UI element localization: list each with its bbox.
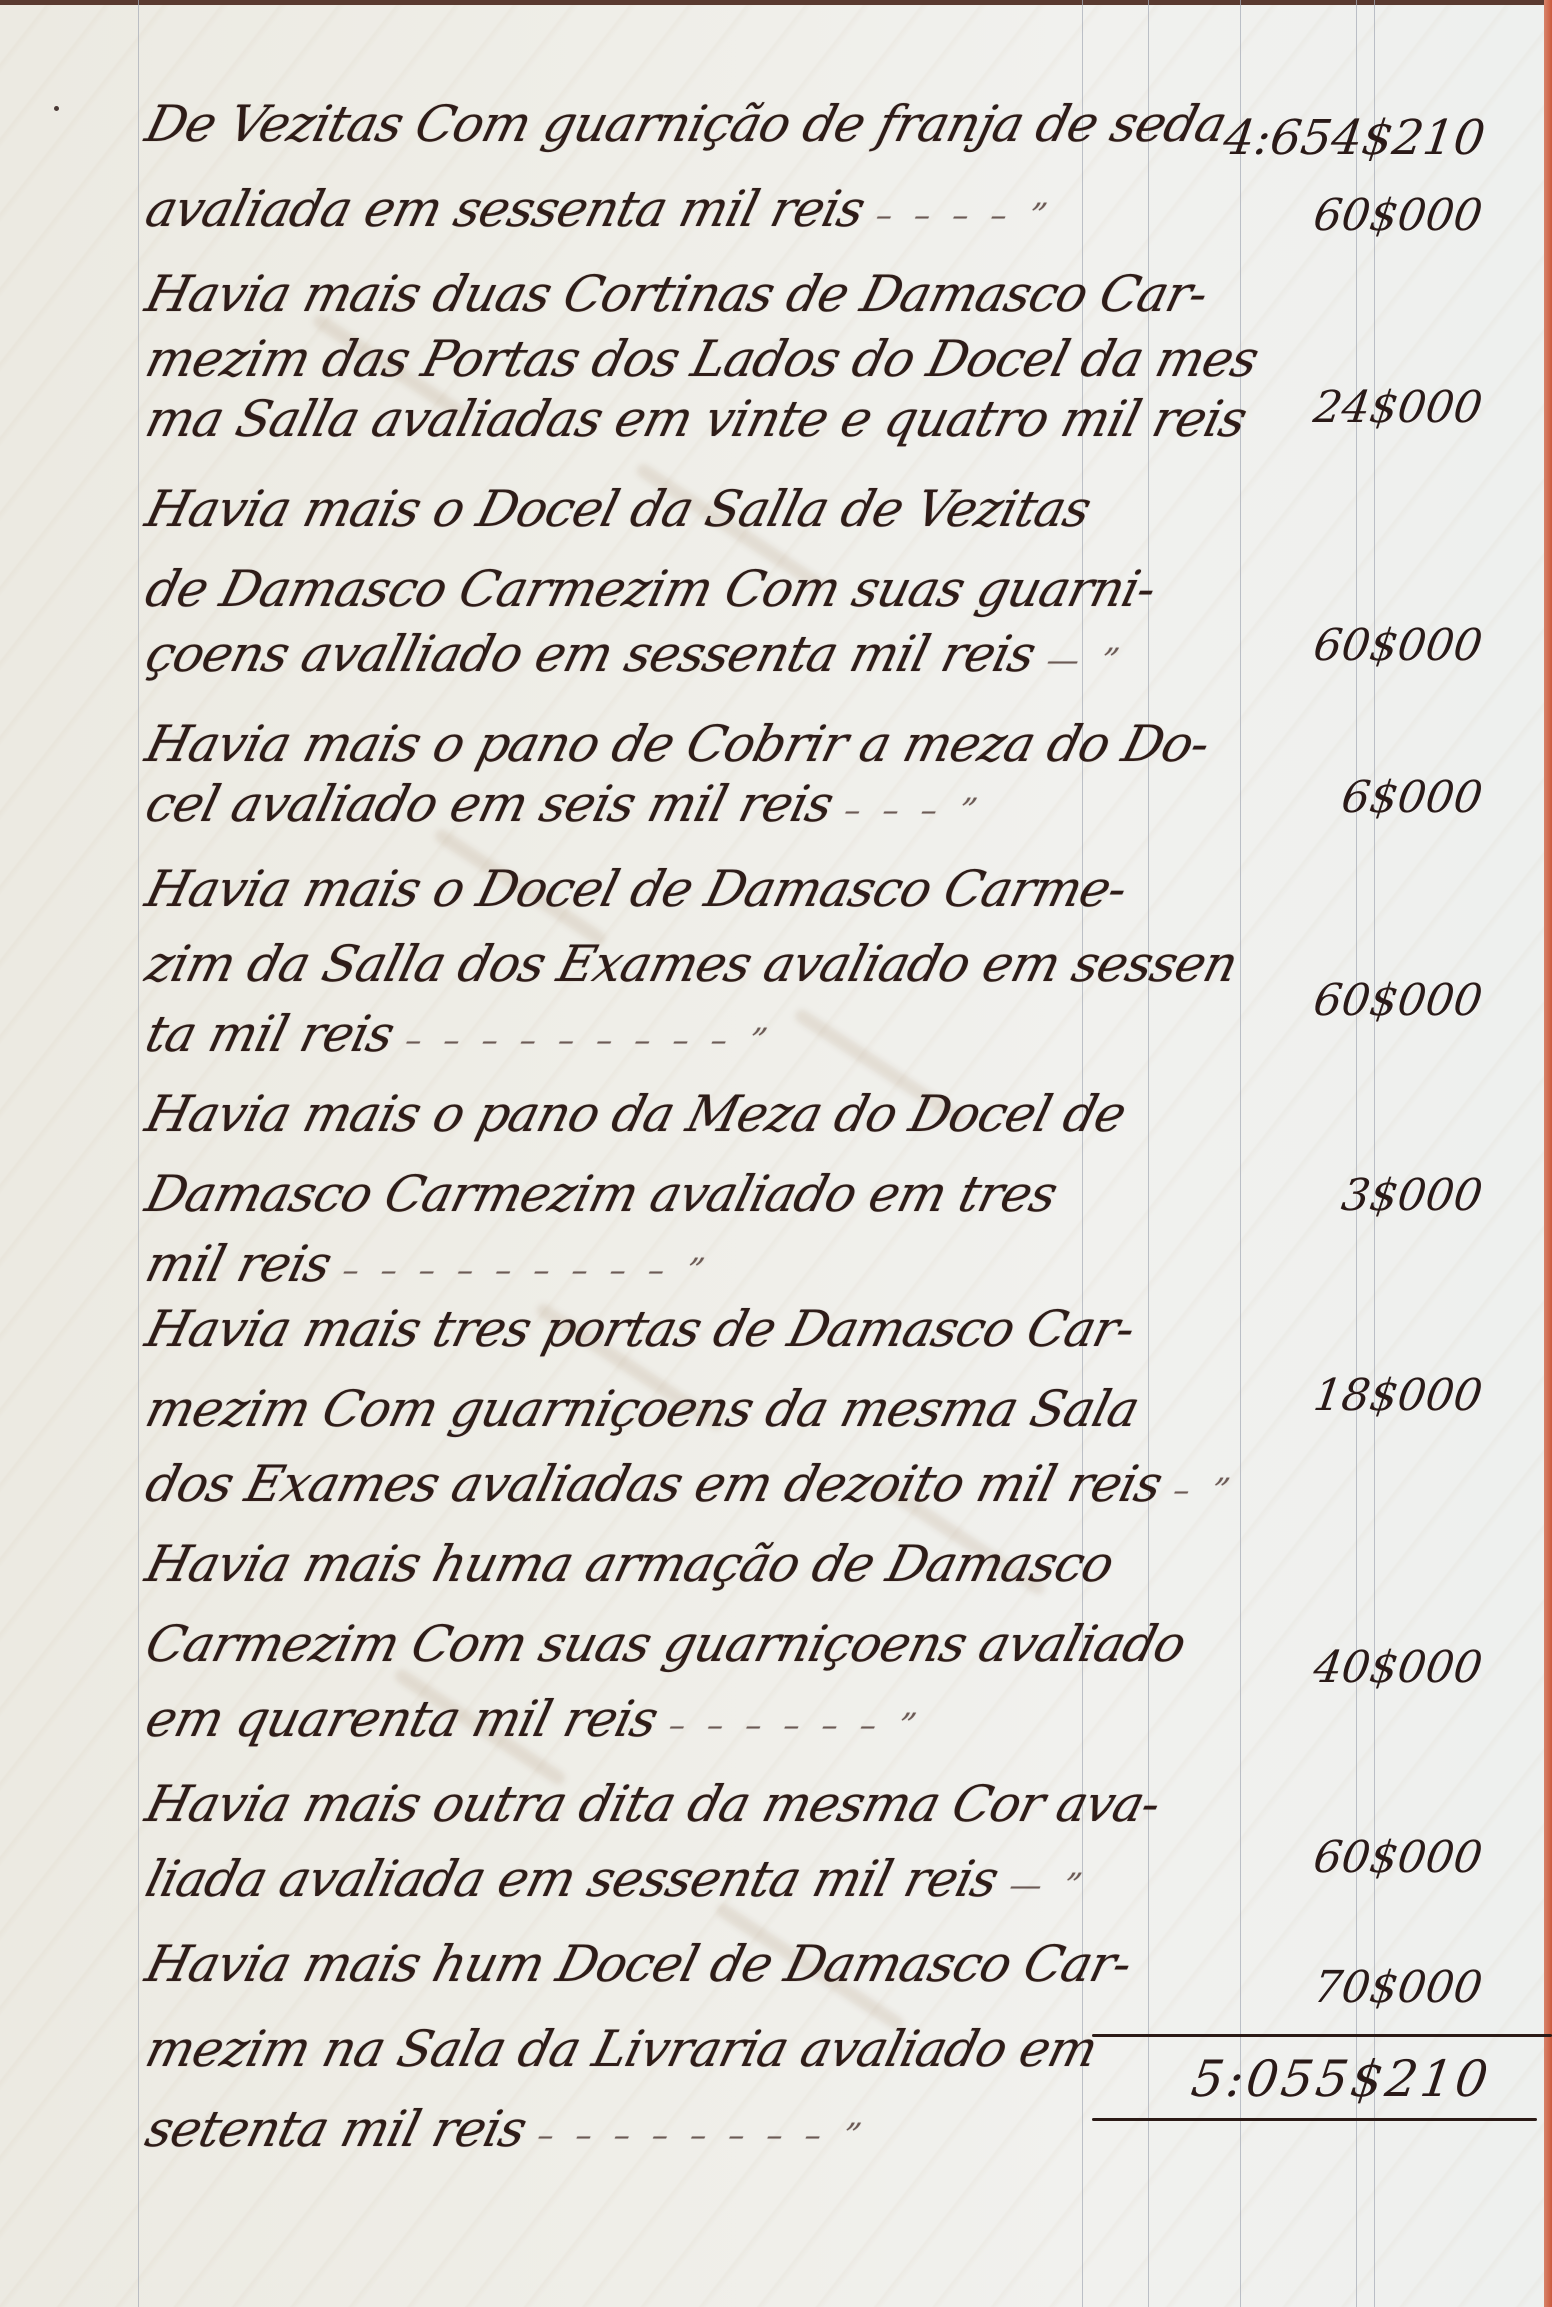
manuscript-line: cel avaliado em seis mil reis – – – ”	[140, 775, 1104, 833]
entry-amount: 60$000	[1310, 975, 1485, 1026]
manuscript-line: avaliada em sessenta mil reis – – – – ”	[140, 180, 1104, 238]
manuscript-line: liada avaliada em sessenta mil reis — ”	[140, 1850, 1104, 1908]
total-rule-top	[1092, 2034, 1552, 2037]
entry-amount: 18$000	[1310, 1370, 1485, 1421]
entry-amount: 3$000	[1338, 1170, 1485, 1221]
total-amount: 5:055$210	[1188, 2050, 1494, 2108]
paper-speck	[54, 106, 59, 111]
ledger-page: De Vezitas Com guarnição de franja de se…	[0, 0, 1552, 2307]
manuscript-line: mil reis – – – – – – – – – ”	[140, 1235, 1104, 1293]
entry-amount: 60$000	[1310, 190, 1485, 241]
manuscript-line: dos Exames avaliadas em dezoito mil reis…	[140, 1455, 1104, 1513]
manuscript-line: Havia mais outra dita da mesma Cor ava-	[140, 1775, 1104, 1833]
manuscript-line: Havia mais o Docel da Salla de Vezitas	[140, 480, 1104, 538]
total-rule-bottom	[1092, 2118, 1537, 2121]
manuscript-line: Havia mais hum Docel de Damasco Car-	[140, 1935, 1104, 1993]
entry-amount: 60$000	[1310, 620, 1485, 671]
manuscript-line: Damasco Carmezim avaliado em tres	[140, 1165, 1104, 1223]
manuscript-line: de Damasco Carmezim Com suas guarni-	[140, 560, 1104, 618]
entry-amount: 70$000	[1310, 1962, 1485, 2013]
entry-amount: 6$000	[1338, 772, 1485, 823]
carry-forward-amount: 4:654$210	[1220, 110, 1488, 166]
manuscript-line: Havia mais duas Cortinas de Damasco Car-	[140, 265, 1104, 323]
column-rule	[1356, 0, 1357, 2307]
page-top-edge	[0, 0, 1552, 5]
manuscript-line: Havia mais huma armação de Damasco	[140, 1535, 1104, 1593]
manuscript-line: Havia mais o pano de Cobrir a meza do Do…	[140, 715, 1104, 773]
manuscript-line: Havia mais tres portas de Damasco Car-	[140, 1300, 1104, 1358]
manuscript-line: çoens avalliado em sessenta mil reis — ”	[140, 625, 1104, 683]
manuscript-line: Havia mais o Docel de Damasco Carme-	[140, 860, 1104, 918]
manuscript-line: mezim na Sala da Livraria avaliado em	[140, 2020, 1104, 2078]
entry-amount: 60$000	[1310, 1832, 1485, 1883]
column-rule	[1374, 0, 1375, 2307]
manuscript-line: ta mil reis – – – – – – – – – ”	[140, 1005, 1104, 1063]
manuscript-line: zim da Salla dos Exames avaliado em sess…	[140, 935, 1104, 993]
page-right-edge	[1544, 0, 1552, 2307]
manuscript-line: setenta mil reis – – – – – – – – ”	[140, 2100, 1104, 2158]
manuscript-line: Carmezim Com suas guarniçoens avaliado	[140, 1615, 1104, 1673]
manuscript-line: ma Salla avaliadas em vinte e quatro mil…	[140, 390, 1104, 448]
entry-amount: 24$000	[1310, 382, 1485, 433]
manuscript-line: mezim Com guarniçoens da mesma Sala	[140, 1380, 1104, 1438]
manuscript-line: mezim das Portas dos Lados do Docel da m…	[140, 330, 1104, 388]
manuscript-line: em quarenta mil reis – – – – – – ”	[140, 1690, 1104, 1748]
margin-rule	[138, 0, 139, 2307]
manuscript-line: Havia mais o pano da Meza do Docel de	[140, 1085, 1104, 1143]
entry-amount: 40$000	[1310, 1642, 1485, 1693]
manuscript-line: De Vezitas Com guarnição de franja de se…	[140, 95, 1104, 153]
